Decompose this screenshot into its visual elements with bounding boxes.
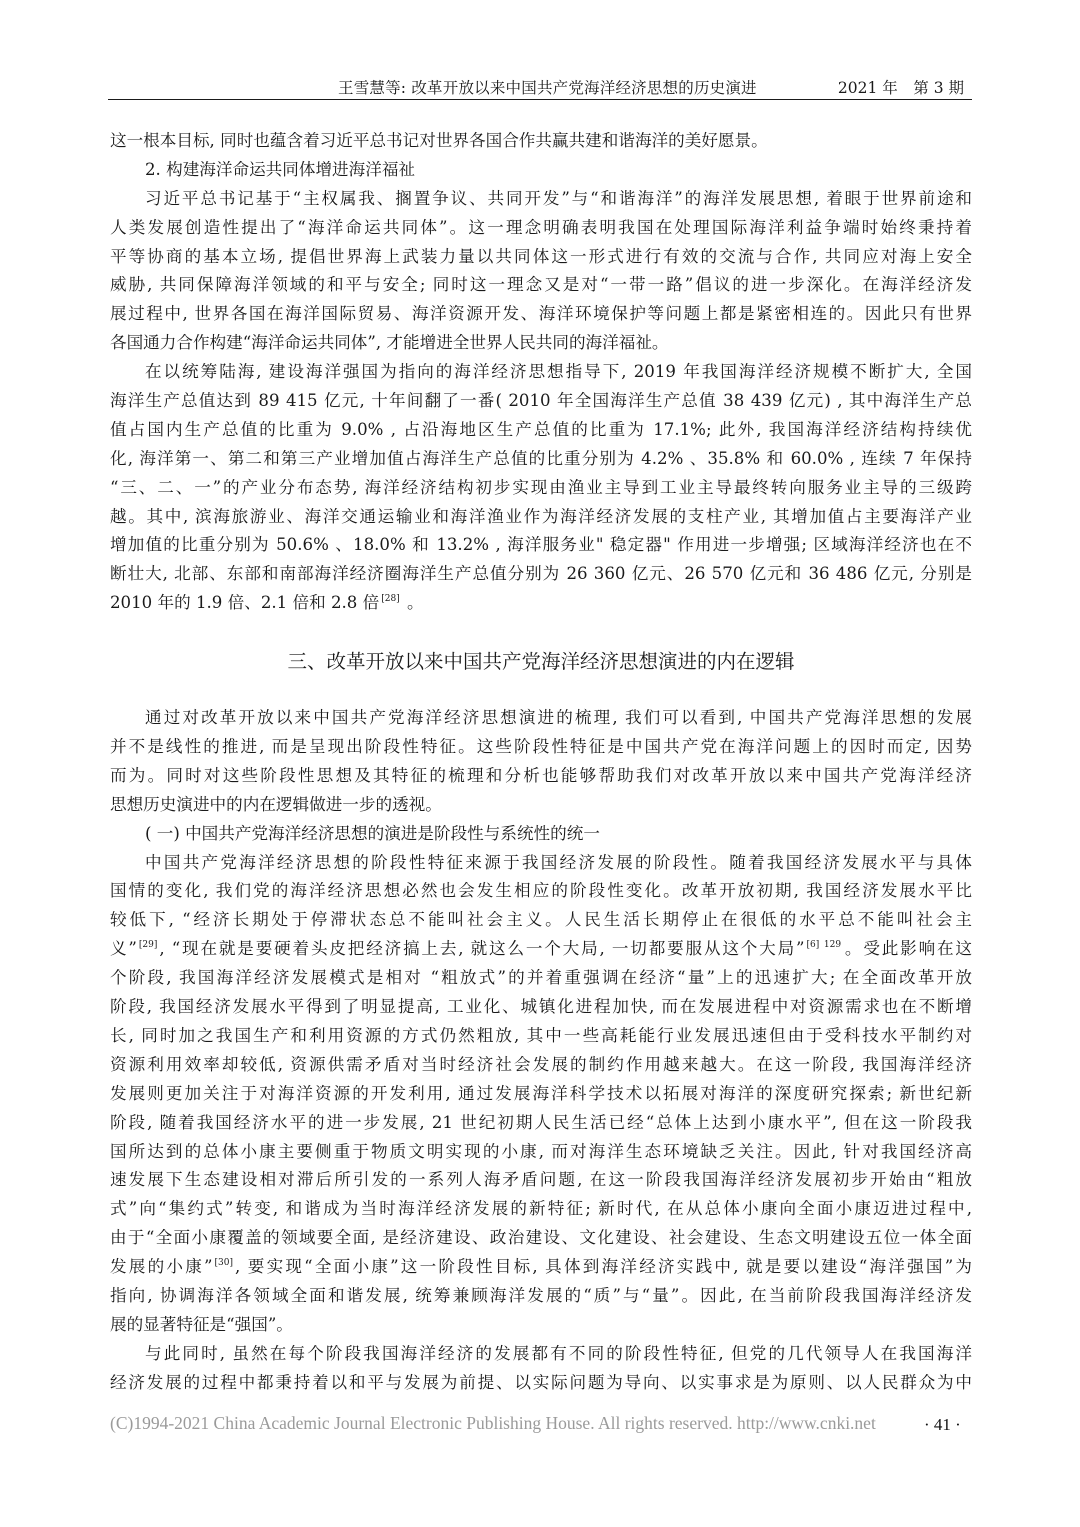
paragraph-line: 平等协商的基本立场, 提倡世界海上武装力量以共同体这一形式进行有效的交流与合作,… (110, 243, 972, 272)
paragraph-line: 思想历史演进中的内在逻辑做进一步的透视。 (110, 791, 972, 820)
paragraph-line: 经济发展的过程中都秉持着以和平与发展为前提、以实际问题为导向、以实事求是为原则、… (110, 1369, 972, 1398)
running-title: 王雪慧等: 改革开放以来中国共产党海洋经济思想的历史演进 (338, 76, 757, 98)
paragraph-line: 习近平总书记基于“主权属我、搁置争议、共同开发”与“和谐海洋”的海洋发展思想, … (110, 185, 972, 214)
paragraph-line: 在以统筹陆海, 建设海洋强国为指向的海洋经济思想指导下, 2019 年我国海洋经… (110, 358, 972, 387)
paragraph-line: 通过对改革开放以来中国共产党海洋经济思想演进的梳理, 我们可以看到, 中国共产党… (110, 704, 972, 733)
paragraph-line: 各国通力合作构建“海洋命运共同体”, 才能增进全世界人民共同的海洋福祉。 (110, 329, 972, 358)
paragraph-line: 增加值的比重分别为 50.6% 、18.0% 和 13.2% , 海洋服务业" … (110, 531, 972, 560)
paragraph-line: 与此同时, 虽然在每个阶段我国海洋经济的发展都有不同的阶段性特征, 但党的几代领… (110, 1340, 972, 1369)
paragraph-line: 展的显著特征是“强国”。 (110, 1311, 972, 1340)
paragraph-line: 展过程中, 世界各国在海洋国际贸易、海洋资源开发、海洋环境保护等问题上都是紧密相… (110, 300, 972, 329)
paragraph-line: 阶段, 随着我国经济水平的进一步发展, 21 世纪初期人民生活已经“总体上达到小… (110, 1109, 972, 1138)
paragraph-line: 2010 年的 1.9 倍、2.1 倍和 2.8 倍[28] 。 (110, 589, 972, 618)
paragraph-line: 发展则更加关注于对海洋资源的开发利用, 通过发展海洋科学技术以拓展对海洋的深度研… (110, 1080, 972, 1109)
paragraph-line: 而为。同时对这些阶段性思想及其特征的梳理和分析也能够帮助我们对改革开放以来中国共… (110, 762, 972, 791)
header-rule (108, 99, 972, 100)
paragraph-line: 化, 海洋第一、第二和第三产业增加值占海洋生产总值的比重分别为 4.2% 、35… (110, 445, 972, 474)
paragraph-line: 威胁, 共同保障海洋领域的和平与安全; 同时这一理念又是对“一带一路”倡议的进一… (110, 271, 972, 300)
paragraph-line: 资源利用效率却较低, 资源供需矛盾对当时经济社会发展的制约作用越来越大。在这一阶… (110, 1051, 972, 1080)
paragraph-line: 指向, 协调海洋各领域全面和谐发展, 统筹兼顾海洋发展的“质”与“量”。因此, … (110, 1282, 972, 1311)
subheading-1: ( 一) 中国共产党海洋经济思想的演进是阶段性与系统性的统一 (110, 820, 972, 849)
citation-ref[interactable]: [29] (139, 940, 157, 950)
paragraph-line: 这一根本目标, 同时也蕴含着习近平总书记对世界各国合作共赢共建和谐海洋的美好愿景… (110, 127, 972, 156)
article-body: 这一根本目标, 同时也蕴含着习近平总书记对世界各国合作共赢共建和谐海洋的美好愿景… (110, 127, 972, 1398)
paragraph-line: 速发展下生态建设相对滞后所引发的一系列人海矛盾问题, 在这一阶段我国海洋经济发展… (110, 1166, 972, 1195)
section-heading: 三、改革开放以来中国共产党海洋经济思想演进的内在逻辑 (110, 618, 972, 704)
page-number: · 41 · (924, 1415, 961, 1435)
paragraph-line: 断壮大, 北部、东部和南部海洋经济圈海洋生产总值分别为 26 360 亿元、26… (110, 560, 972, 589)
citation-ref[interactable]: [30] (215, 1258, 233, 1268)
paragraph-line: 人类发展创造性提出了“海洋命运共同体”。这一理念明确表明我国在处理国际海洋利益争… (110, 214, 972, 243)
paragraph-line: 国情的变化, 我们党的海洋经济思想必然也会发生相应的阶段性变化。改革开放初期, … (110, 877, 972, 906)
paragraph-line: 长, 同时加之我国生产和利用资源的方式仍然粗放, 其中一些高耗能行业发展迅速但由… (110, 1022, 972, 1051)
paragraph-line: 发展的小康”[30], 要实现“全面小康”这一阶段性目标, 具体到海洋经济实践中… (110, 1253, 972, 1282)
paragraph-line: 较低下, “经济长期处于停滞状态总不能叫社会主义。人民生活长期停止在很低的水平总… (110, 906, 972, 935)
paragraph-line: 并不是线性的推进, 而是呈现出阶段性特征。这些阶段性特征是中国共产党在海洋问题上… (110, 733, 972, 762)
paragraph-line: 国所达到的总体小康主要侧重于物质文明实现的小康, 而对海洋生态环境缺乏关注。因此… (110, 1138, 972, 1167)
paragraph-line: “三、二、一”的产业分布态势, 海洋经济结构初步实现由渔业主导到工业主导最终转向… (110, 474, 972, 503)
paragraph-line: 式”向“集约式”转变, 和谐成为当时海洋经济发展的新特征; 新时代, 在从总体小… (110, 1195, 972, 1224)
paragraph-line: 越。其中, 滨海旅游业、海洋交通运输业和海洋渔业作为海洋经济发展的支柱产业, 其… (110, 503, 972, 532)
copyright-notice: (C)1994-2021 China Academic Journal Elec… (110, 1413, 876, 1434)
running-header: 王雪慧等: 改革开放以来中国共产党海洋经济思想的历史演进 2021 年 第 3 … (108, 72, 972, 102)
paragraph-line: 阶段, 我国经济发展水平得到了明显提高, 工业化、城镇化进程加快, 而在发展进程… (110, 993, 972, 1022)
paragraph-line: 个阶段, 我国海洋经济发展模式是相对 “粗放式”的并着重强调在经济“量”上的迅速… (110, 964, 972, 993)
paragraph-line: 海洋生产总值达到 89 415 亿元, 十年间翻了一番( 2010 年全国海洋生… (110, 387, 972, 416)
paragraph-line: 中国共产党海洋经济思想的阶段性特征来源于我国经济发展的阶段性。随着我国经济发展水… (110, 849, 972, 878)
citation-ref[interactable]: [6] 129 (807, 940, 842, 950)
issue-label: 2021 年 第 3 期 (838, 76, 964, 98)
paragraph-line: 值占国内生产总值的比重为 9.0% , 占沿海地区生产总值的比重为 17.1%;… (110, 416, 972, 445)
citation-ref[interactable]: [28] (381, 594, 399, 604)
paragraph-line: 由于“全面小康覆盖的领域要全面, 是经济建设、政治建设、文化建设、社会建设、生态… (110, 1224, 972, 1253)
paragraph-line: 义”[29], “现在就是要硬着头皮把经济搞上去, 就这么一个大局, 一切都要服… (110, 935, 972, 964)
subheading-2: 2. 构建海洋命运共同体增进海洋福祉 (110, 156, 972, 185)
